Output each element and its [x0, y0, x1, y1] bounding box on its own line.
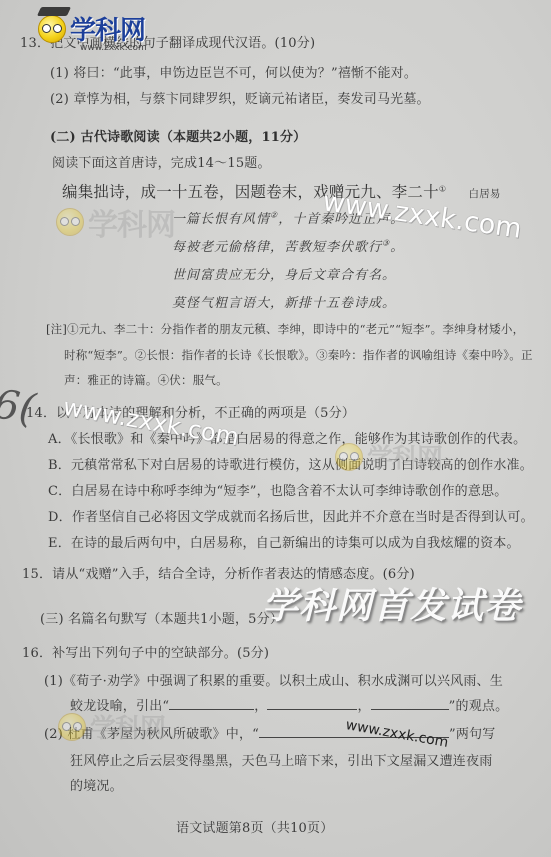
watermark-logo-faded-1: 学科网 — [56, 200, 175, 244]
q14-option-e: E．在诗的最后两句中，白居易称，自己新编出的诗集可以成为自我炫耀的资本。 — [48, 532, 520, 551]
section2-intro: 阅读下面这首唐诗，完成14～15题。 — [52, 152, 271, 171]
poem-author: 白居易 — [469, 188, 501, 200]
answer-blank-1[interactable] — [169, 697, 254, 710]
poem-line-4: 莫怪气粗言语大，新排十五卷诗成。 — [172, 292, 396, 311]
q14-option-c: C．白居易在诗中称呼李绅为“短李”，也隐含着不太认可李绅诗歌创作的意思。 — [48, 480, 507, 499]
watermark-logo-faded-2: 学科网 — [335, 438, 442, 475]
mascot-icon — [335, 443, 363, 471]
mascot-icon — [38, 15, 66, 43]
section2-heading: (二) 古代诗歌阅读（本题共2小题，11分） — [50, 126, 306, 145]
q13-item-2: (2) 章惇为相，与蔡卞同肆罗织，贬谪元祐诸臣，奏发司马光墓。 — [50, 88, 430, 107]
q14-option-b: B．元稹常常私下对白居易的诗歌进行模仿，这从侧面说明了白诗较高的创作水准。 — [48, 454, 533, 473]
poem-line-2: 每被老元偷格律，苦教短李伏歌行③。 — [172, 236, 404, 255]
answer-blank-2[interactable] — [267, 697, 357, 710]
watermark-logo-top: 学科网 — [38, 10, 145, 47]
poem-note-2: 时称“短李”。②长恨：指作者的长诗《长恨歌》。③秦吟：指作者的讽喻组诗《秦中吟》… — [64, 347, 533, 363]
page-footer: 语文试题第8页（共10页） — [176, 817, 333, 836]
q13-item-1: (1) 将曰：“此事，申饬边臣岂不可，何以使为？”禧惭不能对。 — [50, 62, 417, 81]
watermark-logo-url-top: www.zxxk.com — [80, 43, 147, 53]
mascot-icon — [56, 208, 84, 236]
q16-item-1-line1: (1)《荀子·劝学》中强调了积累的重要。以积土成山、积水成渊可以兴风雨、生 — [44, 670, 503, 689]
q14-option-d: D．作者坚信自己必将因文学成就而名扬后世，因此并不介意在当时是否得到认可。 — [48, 506, 534, 525]
poem-note-3: 声：雅正的诗篇。④伏：服气。 — [64, 372, 228, 388]
q16-item-2-line2: 狂风停止之后云层变得墨黑，天色马上暗下来，引出下文屋漏又遭连夜雨 — [70, 750, 492, 769]
q16-item-2-line3: 的境况。 — [70, 775, 123, 794]
exam-page: 13．把文中画横线的句子翻译成现代汉语。(10分) (1) 将曰：“此事，申饬边… — [0, 0, 551, 857]
answer-blank-3[interactable] — [371, 697, 449, 710]
poem-note-1: [注]①元九、李二十：分指作者的朋友元稹、李绅，即诗中的“老元”“短李”。李绅身… — [46, 321, 524, 337]
poem-title-note: ① — [439, 185, 446, 194]
mascot-icon — [58, 713, 86, 741]
section3-heading: (三) 名篇名句默写（本题共1小题，5分） — [40, 608, 283, 627]
q16-stem: 16．补写出下列句子中的空缺部分。(5分) — [22, 642, 269, 661]
watermark-banner: 学科网首发试卷 — [262, 578, 521, 629]
poem-line-3: 世间富贵应无分，身后文章合有名。 — [172, 264, 396, 283]
watermark-logo-faded-3: 学科网 — [58, 708, 165, 745]
poem-title-row: 编集拙诗，成一十五卷，因题卷末，戏赠元九、李二十① 白居易 — [62, 180, 501, 202]
